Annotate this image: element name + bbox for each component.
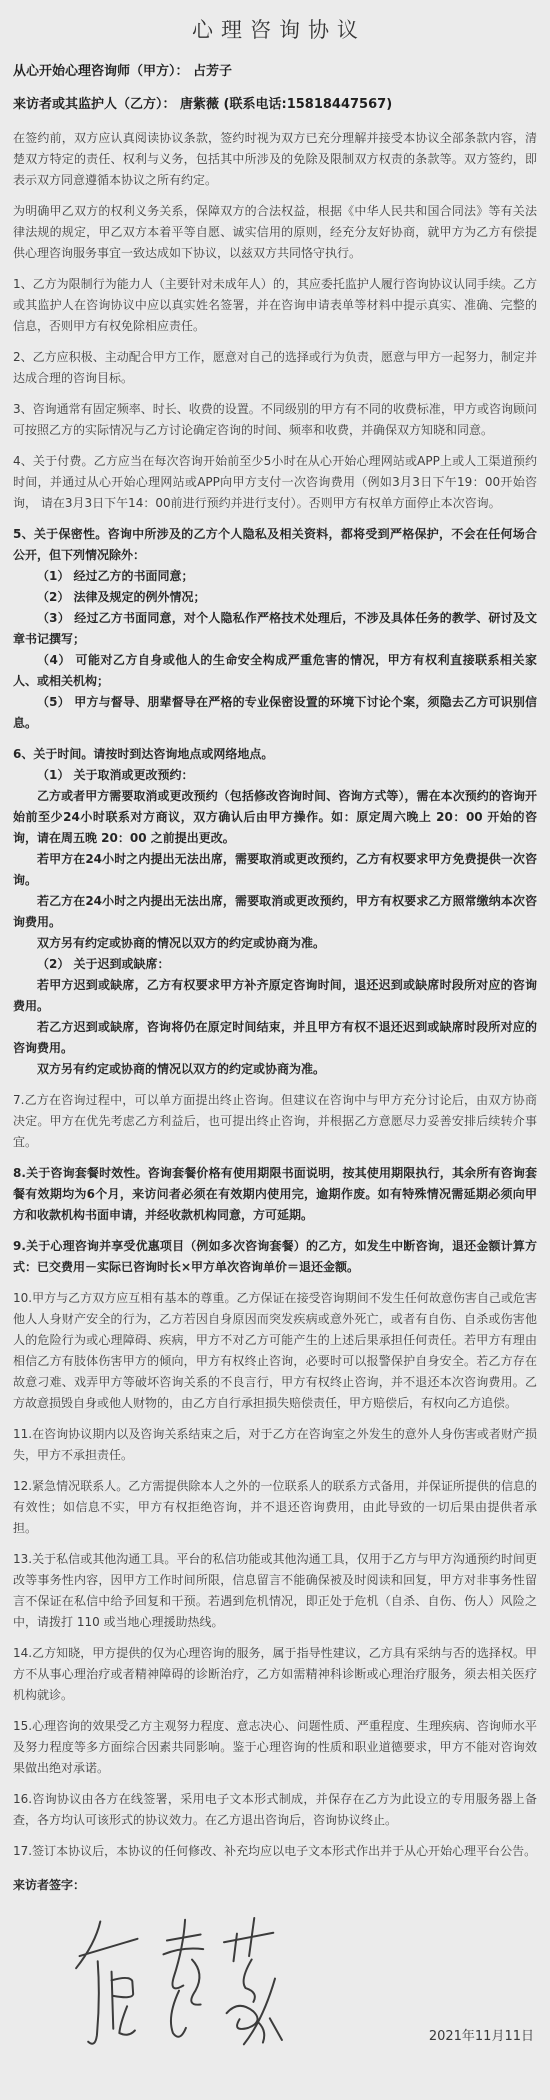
clause-14: 14.乙方知晓，甲方提供的仅为心理咨询的服务，属于指导性建议，乙方具有采纳与否的…	[13, 1643, 537, 1706]
clause-6-item: （1） 关于取消或更改预约：	[13, 765, 537, 786]
clause-1: 1、乙方为限制行为能力人（主要针对未成年人）的，其应委托监护人履行咨询协议认同手…	[13, 274, 537, 337]
signature-label: 来访者签字：	[13, 1876, 537, 1893]
clause-5-item: （2） 法律及规定的例外情况；	[13, 587, 537, 608]
party-a-line: 从心开始心理咨询师（甲方）： 占芳子	[13, 62, 537, 82]
intro-paragraph: 在签约前，双方应认真阅读协议条款，签约时视为双方已充分理解并接受本协议全部条款内…	[13, 128, 537, 191]
clause-5-item: （4） 可能对乙方自身或他人的生命安全构成严重危害的情况，甲方有权利直接联系相关…	[13, 650, 537, 692]
party-b-line: 来访者或其监护人（乙方）： 唐紫薇 (联系电话:15818447567)	[13, 95, 537, 115]
clause-10: 10.甲方与乙方双方应互相有基本的尊重。乙方保证在接受咨询期间不发生任何故意伤害…	[13, 1288, 537, 1414]
clause-6-item: （2） 关于迟到或缺席：	[13, 954, 537, 975]
clause-15: 15.心理咨询的效果受乙方主观努力程度、意志决心、问题性质、严重程度、生理疾病、…	[13, 1716, 537, 1779]
clause-12: 12.紧急情况联系人。乙方需提供除本人之外的一位联系人的联系方式备用，并保证所提…	[13, 1476, 537, 1539]
date: 2021年11月11日	[429, 2025, 534, 2044]
clause-6-item: 若乙方在24小时之内提出无法出席，需要取消或更改预约，甲方有权要求乙方照常缴纳本…	[13, 891, 537, 933]
clause-5-item: （3） 经过乙方书面同意，对个人隐私作严格技术处理后，不涉及具体任务的教学、研讨…	[13, 608, 537, 650]
clause-6-item: 乙方或者甲方需要取消或更改预约（包括修改咨询时间、咨询方式等），需在本次预约的咨…	[13, 786, 537, 849]
clause-6-time: 6、关于时间。请按时到达咨询地点或网络地点。 （1） 关于取消或更改预约： 乙方…	[13, 744, 537, 1080]
clause-7: 7.乙方在咨询过程中，可以单方面提出终止咨询。但建议在咨询中与甲方充分讨论后，由…	[13, 1090, 537, 1153]
signature-image	[37, 1899, 302, 2059]
clause-6-item: 若乙方迟到或缺席，咨询将仍在原定时间结束，并且甲方有权不退还迟到或缺席时段所对应…	[13, 1017, 537, 1059]
clause-4: 4、关于付费。乙方应当在每次咨询开始前至少5小时在从心开始心理网站或APP上或人…	[13, 451, 537, 514]
clause-17: 17.签订本协议后，本协议的任何修改、补充均应以电子文本形式作出并于从心开始心理…	[13, 1841, 537, 1862]
clause-5-item: （5） 甲方与督导、朋辈督导在严格的专业保密设置的环境下讨论个案，须隐去乙方可识…	[13, 692, 537, 734]
clause-6-item: 双方另有约定或协商的情况以双方的约定或协商为准。	[13, 933, 537, 954]
clause-5-confidentiality: 5、关于保密性。咨询中所涉及的乙方个人隐私及相关资料，都将受到严格保护，不会在任…	[13, 524, 537, 734]
clause-6-item: 若甲方迟到或缺席，乙方有权要求甲方补齐原定咨询时间，退还迟到或缺席时段所对应的咨…	[13, 975, 537, 1017]
clause-6-item: 双方另有约定或协商的情况以双方的约定或协商为准。	[13, 1059, 537, 1080]
clause-11: 11.在咨询协议期内以及咨询关系结束之后，对于乙方在咨询室之外发生的意外人身伤害…	[13, 1424, 537, 1466]
clause-8: 8.关于咨询套餐时效性。咨询套餐价格有使用期限书面说明，按其使用期限执行，其余所…	[13, 1163, 537, 1226]
clause-5-heading: 5、关于保密性。咨询中所涉及的乙方个人隐私及相关资料，都将受到严格保护，不会在任…	[13, 524, 537, 566]
clause-5-item: （1） 经过乙方的书面同意；	[13, 566, 537, 587]
clause-13: 13.关于私信或其他沟通工具。平台的私信功能或其他沟通工具，仅用于乙方与甲方沟通…	[13, 1549, 537, 1633]
clause-6-heading: 6、关于时间。请按时到达咨询地点或网络地点。	[13, 744, 537, 765]
agreement-document: 心理咨询协议 从心开始心理咨询师（甲方）： 占芳子 来访者或其监护人（乙方）： …	[0, 0, 550, 2100]
clause-6-item: 若甲方在24小时之内提出无法出席，需要取消或更改预约，乙方有权要求甲方免费提供一…	[13, 849, 537, 891]
clause-16: 16.咨询协议由各方在线签署，采用电子文本形式制成，并保存在乙方为此设立的专用服…	[13, 1789, 537, 1831]
page-title: 心理咨询协议	[13, 14, 537, 44]
clause-9: 9.关于心理咨询并享受优惠项目（例如多次咨询套餐）的乙方，如发生中断咨询，退还金…	[13, 1236, 537, 1278]
clause-3: 3、咨询通常有固定频率、时长、收费的设置。不同级别的甲方有不同的收费标准，甲方或…	[13, 399, 537, 441]
clause-2: 2、乙方应积极、主动配合甲方工作，愿意对自己的选择或行为负责，愿意与甲方一起努力…	[13, 347, 537, 389]
intro-paragraph: 为明确甲乙双方的权利义务关系，保障双方的合法权益，根据《中华人民共和国合同法》等…	[13, 201, 537, 264]
